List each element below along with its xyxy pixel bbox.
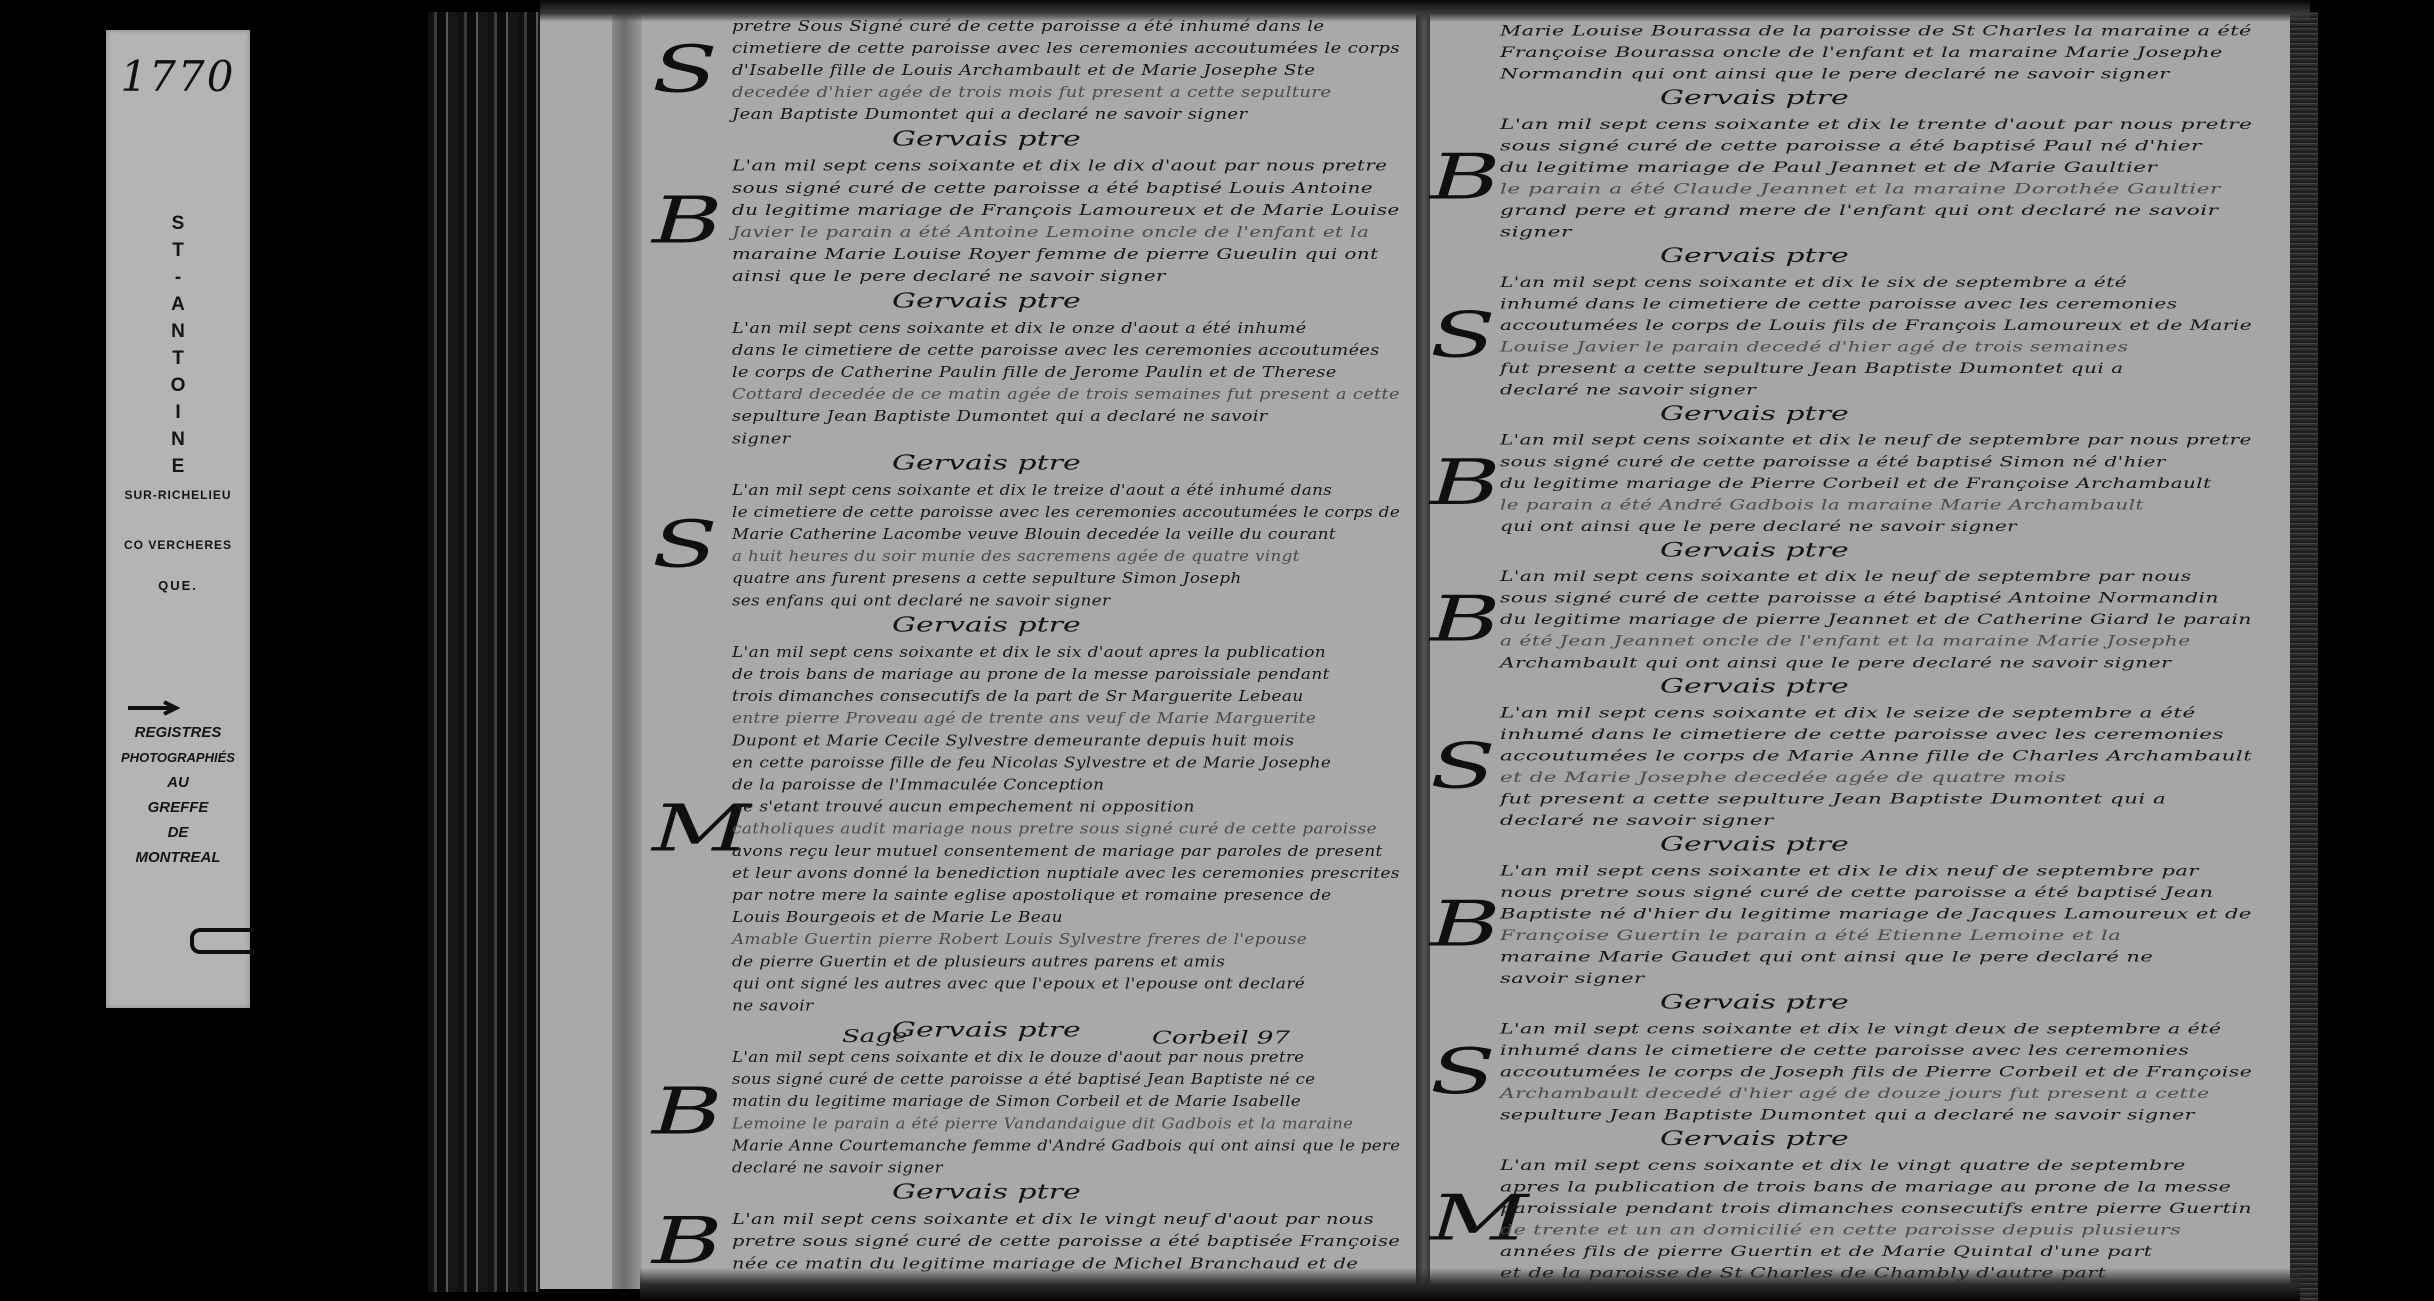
- entry-text-line: fut present a cette sepulture Jean Bapti…: [1500, 789, 2252, 811]
- entry-text-line: avons reçu leur mutuel consentement de m…: [732, 840, 1400, 862]
- entry-text-line: d'Isabelle fille de Louis Archambault et…: [732, 60, 1400, 82]
- priest-signature: Gervais ptre: [1500, 85, 2298, 111]
- entry-text-line: ses enfans qui ont declaré ne savoir sig…: [732, 590, 1400, 612]
- entry-text-line: de pierre Guertin et de plusieurs autres…: [732, 951, 1400, 973]
- register-entry: BL'an mil sept cens soixante et dix le n…: [1500, 430, 2332, 564]
- entry-text-line: declaré ne savoir signer: [1500, 379, 2252, 401]
- page-stub: [540, 14, 612, 1289]
- entry-text-line: inhumé dans le cimetiere de cette parois…: [1500, 293, 2252, 315]
- entry-text-line: par notre mere la sainte eglise apostoli…: [732, 885, 1400, 907]
- parish-letter: T: [106, 237, 250, 264]
- margin-entry-type: S: [1430, 1040, 1496, 1103]
- parish-letter: E: [106, 453, 250, 480]
- entry-text-line: Cottard decedée de ce matin agée de troi…: [732, 384, 1400, 406]
- entry-text-line: sous signé curé de cette paroisse a été …: [732, 177, 1400, 199]
- entry-text-line: sous signé curé de cette paroisse a été …: [1500, 135, 2252, 157]
- register-entry: Marie Louise Bourassa de la paroisse de …: [1500, 21, 2298, 112]
- margin-entry-type: B: [652, 1209, 723, 1273]
- entry-text-line: Archambault decedé d'hier agé de douze j…: [1500, 1083, 2252, 1105]
- priest-signature: Gervais ptre: [1500, 243, 2265, 269]
- priest-signature: Gervais ptre: [1500, 537, 2332, 563]
- entry-text-line: le parain a été André Gadbois la maraine…: [1500, 494, 2252, 516]
- top-shadow: [540, 0, 2310, 22]
- entry-text-line: L'an mil sept cens soixante et dix le tr…: [1500, 114, 2252, 136]
- entry-text-line: qui ont signé les autres avec que l'epou…: [732, 973, 1400, 995]
- entry-text-line: le cimetiere de cette paroisse avec les …: [732, 502, 1400, 524]
- entry-text-line: sous signé curé de cette paroisse a été …: [1500, 588, 2252, 610]
- entry-text-line: L'an mil sept cens soixante et dix le di…: [1500, 860, 2252, 882]
- entry-text-line: maraine Marie Louise Royer femme de pier…: [732, 244, 1400, 266]
- register-entry: ML'an mil sept cens soixante et dix le v…: [1500, 1155, 2305, 1284]
- archive-note-line: GREFFE: [106, 795, 250, 820]
- binding-fold: [612, 14, 642, 1289]
- entry-text-line: sepulture Jean Baptiste Dumontet qui a d…: [732, 406, 1400, 428]
- margin-entry-type: B: [652, 1079, 723, 1143]
- parish-name-vertical: S T - A N T O I N E: [106, 210, 250, 480]
- parish-letter: O: [106, 372, 250, 399]
- margin-entry-type: S: [652, 512, 718, 576]
- entry-text-line: sepulture Jean Baptiste Dumontet qui a d…: [1500, 1105, 2252, 1127]
- entry-text-line: signer: [732, 428, 1400, 450]
- entry-text-line: le parain a été Claude Jeannet et la mar…: [1500, 178, 2252, 200]
- entry-text-line: grand pere et grand mere de l'enfant qui…: [1500, 200, 2252, 222]
- bottom-shadow: [640, 1268, 2300, 1301]
- entry-text-line: Marie Louise Bourassa de la paroisse de …: [1500, 21, 2252, 43]
- priest-signature: Gervais ptre: [1500, 1126, 2311, 1152]
- entry-text-line: trois dimanches consecutifs de la part d…: [732, 686, 1400, 708]
- entry-text-line: declaré ne savoir signer: [1500, 810, 2252, 832]
- margin-entry-type: S: [1430, 304, 1496, 367]
- entry-text-line: decedée d'hier agée de trois mois fut pr…: [732, 82, 1400, 104]
- entry-text-line: inhumé dans le cimetiere de cette parois…: [1500, 1040, 2252, 1062]
- entry-text-line: L'an mil sept cens soixante et dix le tr…: [732, 479, 1400, 501]
- entry-text-line: ne savoir: [732, 995, 1400, 1017]
- entry-text-line: du legitime mariage de Pierre Corbeil et…: [1500, 473, 2252, 495]
- entry-text-line: savoir signer: [1500, 968, 2252, 990]
- entry-text-line: sous signé curé de cette paroisse a été …: [732, 1069, 1400, 1091]
- entry-text-line: années fils de pierre Guertin et de Mari…: [1500, 1241, 2252, 1263]
- parish-letter: N: [106, 318, 250, 345]
- entry-text-line: a huit heures du soir munie des sacremen…: [732, 546, 1400, 568]
- entry-text-line: apres la publication de trois bans de ma…: [1500, 1176, 2252, 1198]
- entry-text-line: L'an mil sept cens soixante et dix le di…: [732, 155, 1400, 177]
- register-entry: BL'an mil sept cens soixante et dix le t…: [1500, 114, 2265, 269]
- page-fore-edge: [2290, 12, 2318, 1301]
- entry-text-line: et de Marie Josephe decedée agée de quat…: [1500, 767, 2252, 789]
- entry-text-line: de trente et un an domicilié en cette pa…: [1500, 1219, 2252, 1241]
- entry-text-line: L'an mil sept cens soixante et dix le ne…: [1500, 566, 2252, 588]
- entry-text-line: cimetiere de cette paroisse avec les cer…: [732, 37, 1400, 59]
- entry-text-line: L'an mil sept cens soixante et dix le si…: [732, 641, 1400, 663]
- margin-entry-type: B: [1430, 587, 1501, 650]
- priest-signature: Gervais ptre: [1500, 674, 2317, 700]
- right-register-page: Marie Louise Bourassa de la paroisse de …: [1430, 14, 2292, 1294]
- parish-letter: -: [106, 264, 250, 291]
- priest-signature: Gervais ptre: [1500, 401, 2325, 427]
- archive-note-line: DE: [106, 820, 250, 845]
- entry-text-line: Françoise Bourassa oncle de l'enfant et …: [1500, 42, 2252, 64]
- margin-entry-type: S: [652, 37, 718, 101]
- marginal-annotation: Sage: [842, 1027, 907, 1047]
- register-entry: SL'an mil sept cens soixante et dix le v…: [1500, 1018, 2311, 1152]
- entry-text-line: L'an mil sept cens soixante et dix le si…: [1500, 272, 2252, 294]
- entry-text-line: quatre ans furent presens a cette sepult…: [732, 568, 1400, 590]
- parish-letter: T: [106, 345, 250, 372]
- margin-entry-type: S: [1430, 734, 1496, 797]
- entry-text-line: catholiques audit mariage nous pretre so…: [732, 818, 1400, 840]
- entry-text-line: ainsi que le pere declaré ne savoir sign…: [732, 266, 1400, 288]
- entry-text-line: fut present a cette sepulture Jean Bapti…: [1500, 358, 2252, 380]
- register-entry: BL'an mil sept cens soixante et dix le v…: [732, 1209, 1493, 1275]
- archive-note: REGISTRES PHOTOGRAPHIÉS AU GREFFE DE MON…: [106, 720, 250, 870]
- entry-text-line: entre pierre Proveau agé de trente ans v…: [732, 708, 1400, 730]
- entry-text-line: inhumé dans le cimetiere de cette parois…: [1500, 724, 2252, 746]
- entry-text-line: accoutumées le corps de Marie Anne fille…: [1500, 746, 2252, 768]
- entry-text-line: Louis Bourgeois et de Marie Le Beau: [732, 907, 1400, 929]
- priest-signature: Gervais ptre: [1500, 990, 2287, 1016]
- entry-text-line: Jean Baptiste Dumontet qui a declaré ne …: [732, 104, 1400, 126]
- entry-text-line: Amable Guertin pierre Robert Louis Sylve…: [732, 929, 1400, 951]
- entry-text-line: L'an mil sept cens soixante et dix le on…: [732, 317, 1400, 339]
- archive-note-line: PHOTOGRAPHIÉS: [106, 745, 250, 770]
- entry-text-line: Lemoine le parain a été pierre Vandandai…: [732, 1113, 1400, 1135]
- entry-text-line: Dupont et Marie Cecile Sylvestre demeura…: [732, 730, 1400, 752]
- register-entry: BL'an mil sept cens soixante et dix le d…: [1500, 860, 2287, 1015]
- entry-text-line: L'an mil sept cens soixante et dix le vi…: [1500, 1155, 2252, 1177]
- archive-label-card: 1770 S T - A N T O I N E SUR-RICHELIEU C…: [106, 30, 250, 1008]
- entry-text-line: dans le cimetiere de cette paroisse avec…: [732, 339, 1400, 361]
- margin-entry-type: B: [1430, 451, 1501, 514]
- parish-letter: N: [106, 426, 250, 453]
- entry-text-line: signer: [1500, 222, 2252, 244]
- entry-text-line: sous signé curé de cette paroisse a été …: [1500, 451, 2252, 473]
- paper-clip-icon: [190, 928, 254, 954]
- entry-text-line: le corps de Catherine Paulin fille de Je…: [732, 362, 1400, 384]
- priest-signature: Gervais ptre: [1500, 832, 2272, 858]
- entry-text-line: Françoise Guertin le parain a été Etienn…: [1500, 925, 2252, 947]
- entry-text-line: accoutumées le corps de Joseph fils de P…: [1500, 1061, 2252, 1083]
- entry-text-line: matin du legitime mariage de Simon Corbe…: [732, 1091, 1400, 1113]
- book-cover-edge: [428, 12, 540, 1292]
- priest-signature: Gervais ptre: [732, 288, 1475, 315]
- entry-text-line: L'an mil sept cens soixante et dix le vi…: [732, 1209, 1400, 1231]
- register-entry: SL'an mil sept cens soixante et dix le s…: [1500, 272, 2325, 427]
- entry-text-line: maraine Marie Gaudet qui ont ainsi que l…: [1500, 947, 2252, 969]
- county-label: CO VERCHERES: [106, 538, 250, 552]
- province-label: QUE.: [106, 578, 250, 593]
- entry-text-line: en cette paroisse fille de feu Nicolas S…: [732, 752, 1400, 774]
- parish-letter: I: [106, 399, 250, 426]
- archive-note-line: REGISTRES: [106, 720, 250, 745]
- entry-text-line: L'an mil sept cens soixante et dix le se…: [1500, 703, 2252, 725]
- entry-text-line: pretre sous signé curé de cette paroisse…: [732, 1231, 1400, 1253]
- entry-text-line: ne s'etant trouvé aucun empechement ni o…: [732, 796, 1400, 818]
- parish-suffix: SUR-RICHELIEU: [106, 488, 250, 502]
- register-year: 1770: [106, 52, 250, 101]
- register-entry: BL'an mil sept cens soixante et dix le d…: [732, 155, 1475, 314]
- parish-letter: A: [106, 291, 250, 318]
- entry-text-line: Louise Javier le parain decedé d'hier ag…: [1500, 336, 2252, 358]
- left-register-page: Spretre Sous Signé curé de cette paroiss…: [642, 10, 1420, 1285]
- arrow-icon: [126, 700, 186, 716]
- entry-text-line: Normandin qui ont ainsi que le pere decl…: [1500, 64, 2252, 86]
- entry-text-line: Marie Anne Courtemanche femme d'André Ga…: [732, 1135, 1400, 1157]
- register-entry: SL'an mil sept cens soixante et dix le s…: [1500, 703, 2272, 858]
- entry-text-line: Archambault qui ont ainsi que le pere de…: [1500, 652, 2252, 674]
- entry-text-line: L'an mil sept cens soixante et dix le ne…: [1500, 430, 2252, 452]
- entry-text-line: L'an mil sept cens soixante et dix le do…: [732, 1047, 1400, 1069]
- entry-text-line: Javier le parain a été Antoine Lemoine o…: [732, 222, 1400, 244]
- entry-text-line: paroissiale pendant trois dimanches cons…: [1500, 1198, 2252, 1220]
- entry-text-line: de trois bans de mariage au prone de la …: [732, 664, 1400, 686]
- entry-text-line: L'an mil sept cens soixante et dix le vi…: [1500, 1018, 2252, 1040]
- entry-text-line: nous pretre sous signé curé de cette par…: [1500, 882, 2252, 904]
- register-entry: BL'an mil sept cens soixante et dix le n…: [1500, 566, 2317, 700]
- entry-text-line: et leur avons donné la benediction nupti…: [732, 862, 1400, 884]
- parish-letter: S: [106, 210, 250, 237]
- entry-text-line: qui ont ainsi que le pere declaré ne sav…: [1500, 516, 2252, 538]
- entry-text-line: du legitime mariage de pierre Jeannet et…: [1500, 609, 2252, 631]
- entry-text-line: du legitime mariage de Paul Jeannet et d…: [1500, 157, 2252, 179]
- margin-entry-type: B: [1430, 146, 1501, 209]
- entry-text-line: accoutumées le corps de Louis fils de Fr…: [1500, 315, 2252, 337]
- entry-text-line: Marie Catherine Lacombe veuve Blouin dec…: [732, 524, 1400, 546]
- marginal-annotation: Corbeil 97: [1152, 1028, 1290, 1048]
- entry-text-line: de la paroisse de l'Immaculée Conception: [732, 774, 1400, 796]
- archive-note-line: MONTREAL: [106, 845, 250, 870]
- margin-entry-type: B: [1430, 892, 1501, 955]
- entry-text-line: Baptiste né d'hier du legitime mariage d…: [1500, 904, 2252, 926]
- entry-text-line: du legitime mariage de François Lamoureu…: [732, 200, 1400, 222]
- entry-text-line: declaré ne savoir signer: [732, 1157, 1400, 1179]
- archive-note-line: AU: [106, 770, 250, 795]
- entry-text-line: a été Jean Jeannet oncle de l'enfant et …: [1500, 631, 2252, 653]
- margin-entry-type: B: [652, 188, 723, 252]
